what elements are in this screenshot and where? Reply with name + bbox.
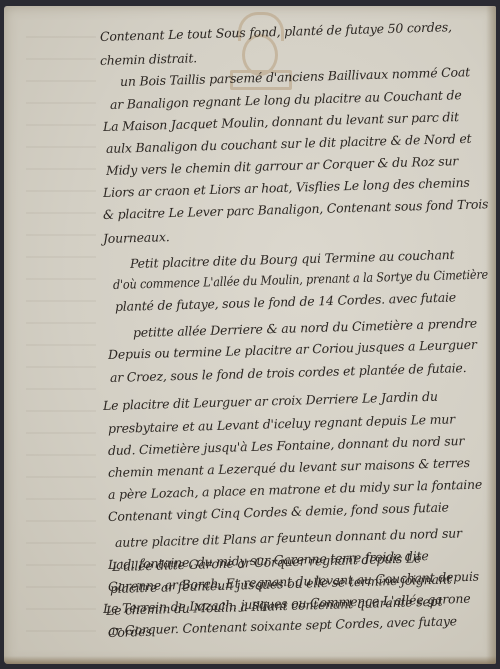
manuscript-line: presbytaire et au Levant d'iceluy regnan… (108, 411, 455, 436)
manuscript-line: Midy vers le chemin dit garrour ar Corqu… (106, 153, 458, 178)
manuscript-line: & placitre Le Lever parc Banaligon, Cont… (103, 196, 489, 222)
manuscript-line: a père Lozach, a place en matrone et du … (108, 477, 483, 502)
manuscript-line: L'allée ditte Garone ar Corquer regnant … (112, 550, 422, 574)
manuscript-line: petitte allée Derriere & au nord du Cime… (133, 315, 477, 340)
manuscript-line: chemin menant a Lezerqué du levant sur m… (108, 455, 470, 480)
manuscript-line: Journeaux. (103, 229, 170, 246)
manuscript-line: Cordes (108, 624, 152, 640)
manuscript-line: planté de futaye, sous le fond de 14 Cor… (115, 289, 456, 314)
handwritten-text: Contenant Le tout Sous fond, planté de f… (4, 6, 496, 664)
manuscript-line: Liors ar craon et Liors ar hoat, Visflie… (103, 175, 470, 200)
manuscript-line: La Maison Jacquet Moulin, donnant du lev… (103, 109, 459, 134)
manuscript-line: Depuis ou termine Le placitre ar Coriou … (108, 337, 477, 362)
page-edge-bottom (4, 656, 496, 664)
manuscript-line: Petit placitre dite du Bourg qui Termine… (130, 247, 455, 271)
manuscript-line: dud. Cimetière jusqu'à Les Fontaine, don… (108, 433, 465, 458)
manuscript-line: un Bois Taillis parsemé d'anciens Bailli… (120, 64, 470, 89)
manuscript-line: ar Gorquer. Contenant soixante sept Cord… (108, 613, 457, 638)
manuscript-line: autre placitre dit Plans ar feunteun don… (115, 525, 462, 550)
manuscript-line: d'où commence L'allée du Moulin, prenant… (113, 267, 488, 292)
manuscript-line: ar Banaligon regnant Le long du placitre… (110, 87, 462, 112)
manuscript-line: Contenant vingt Cinq Cordes & demie, fon… (108, 499, 449, 524)
manuscript-page: Contenant Le tout Sous fond, planté de f… (4, 6, 496, 664)
manuscript-line: Le placitre dit Leurguer ar croix Derrie… (103, 389, 438, 413)
manuscript-line: ar Croez, sous le fond de trois cordes e… (110, 360, 467, 385)
manuscript-line: aulx Banaligon du couchant sur le dit pl… (106, 131, 472, 156)
manuscript-line: Contenant Le tout Sous fond, planté de f… (100, 19, 452, 44)
page-edge-right (486, 6, 496, 664)
manuscript-line: chemin distrait. (100, 50, 197, 68)
